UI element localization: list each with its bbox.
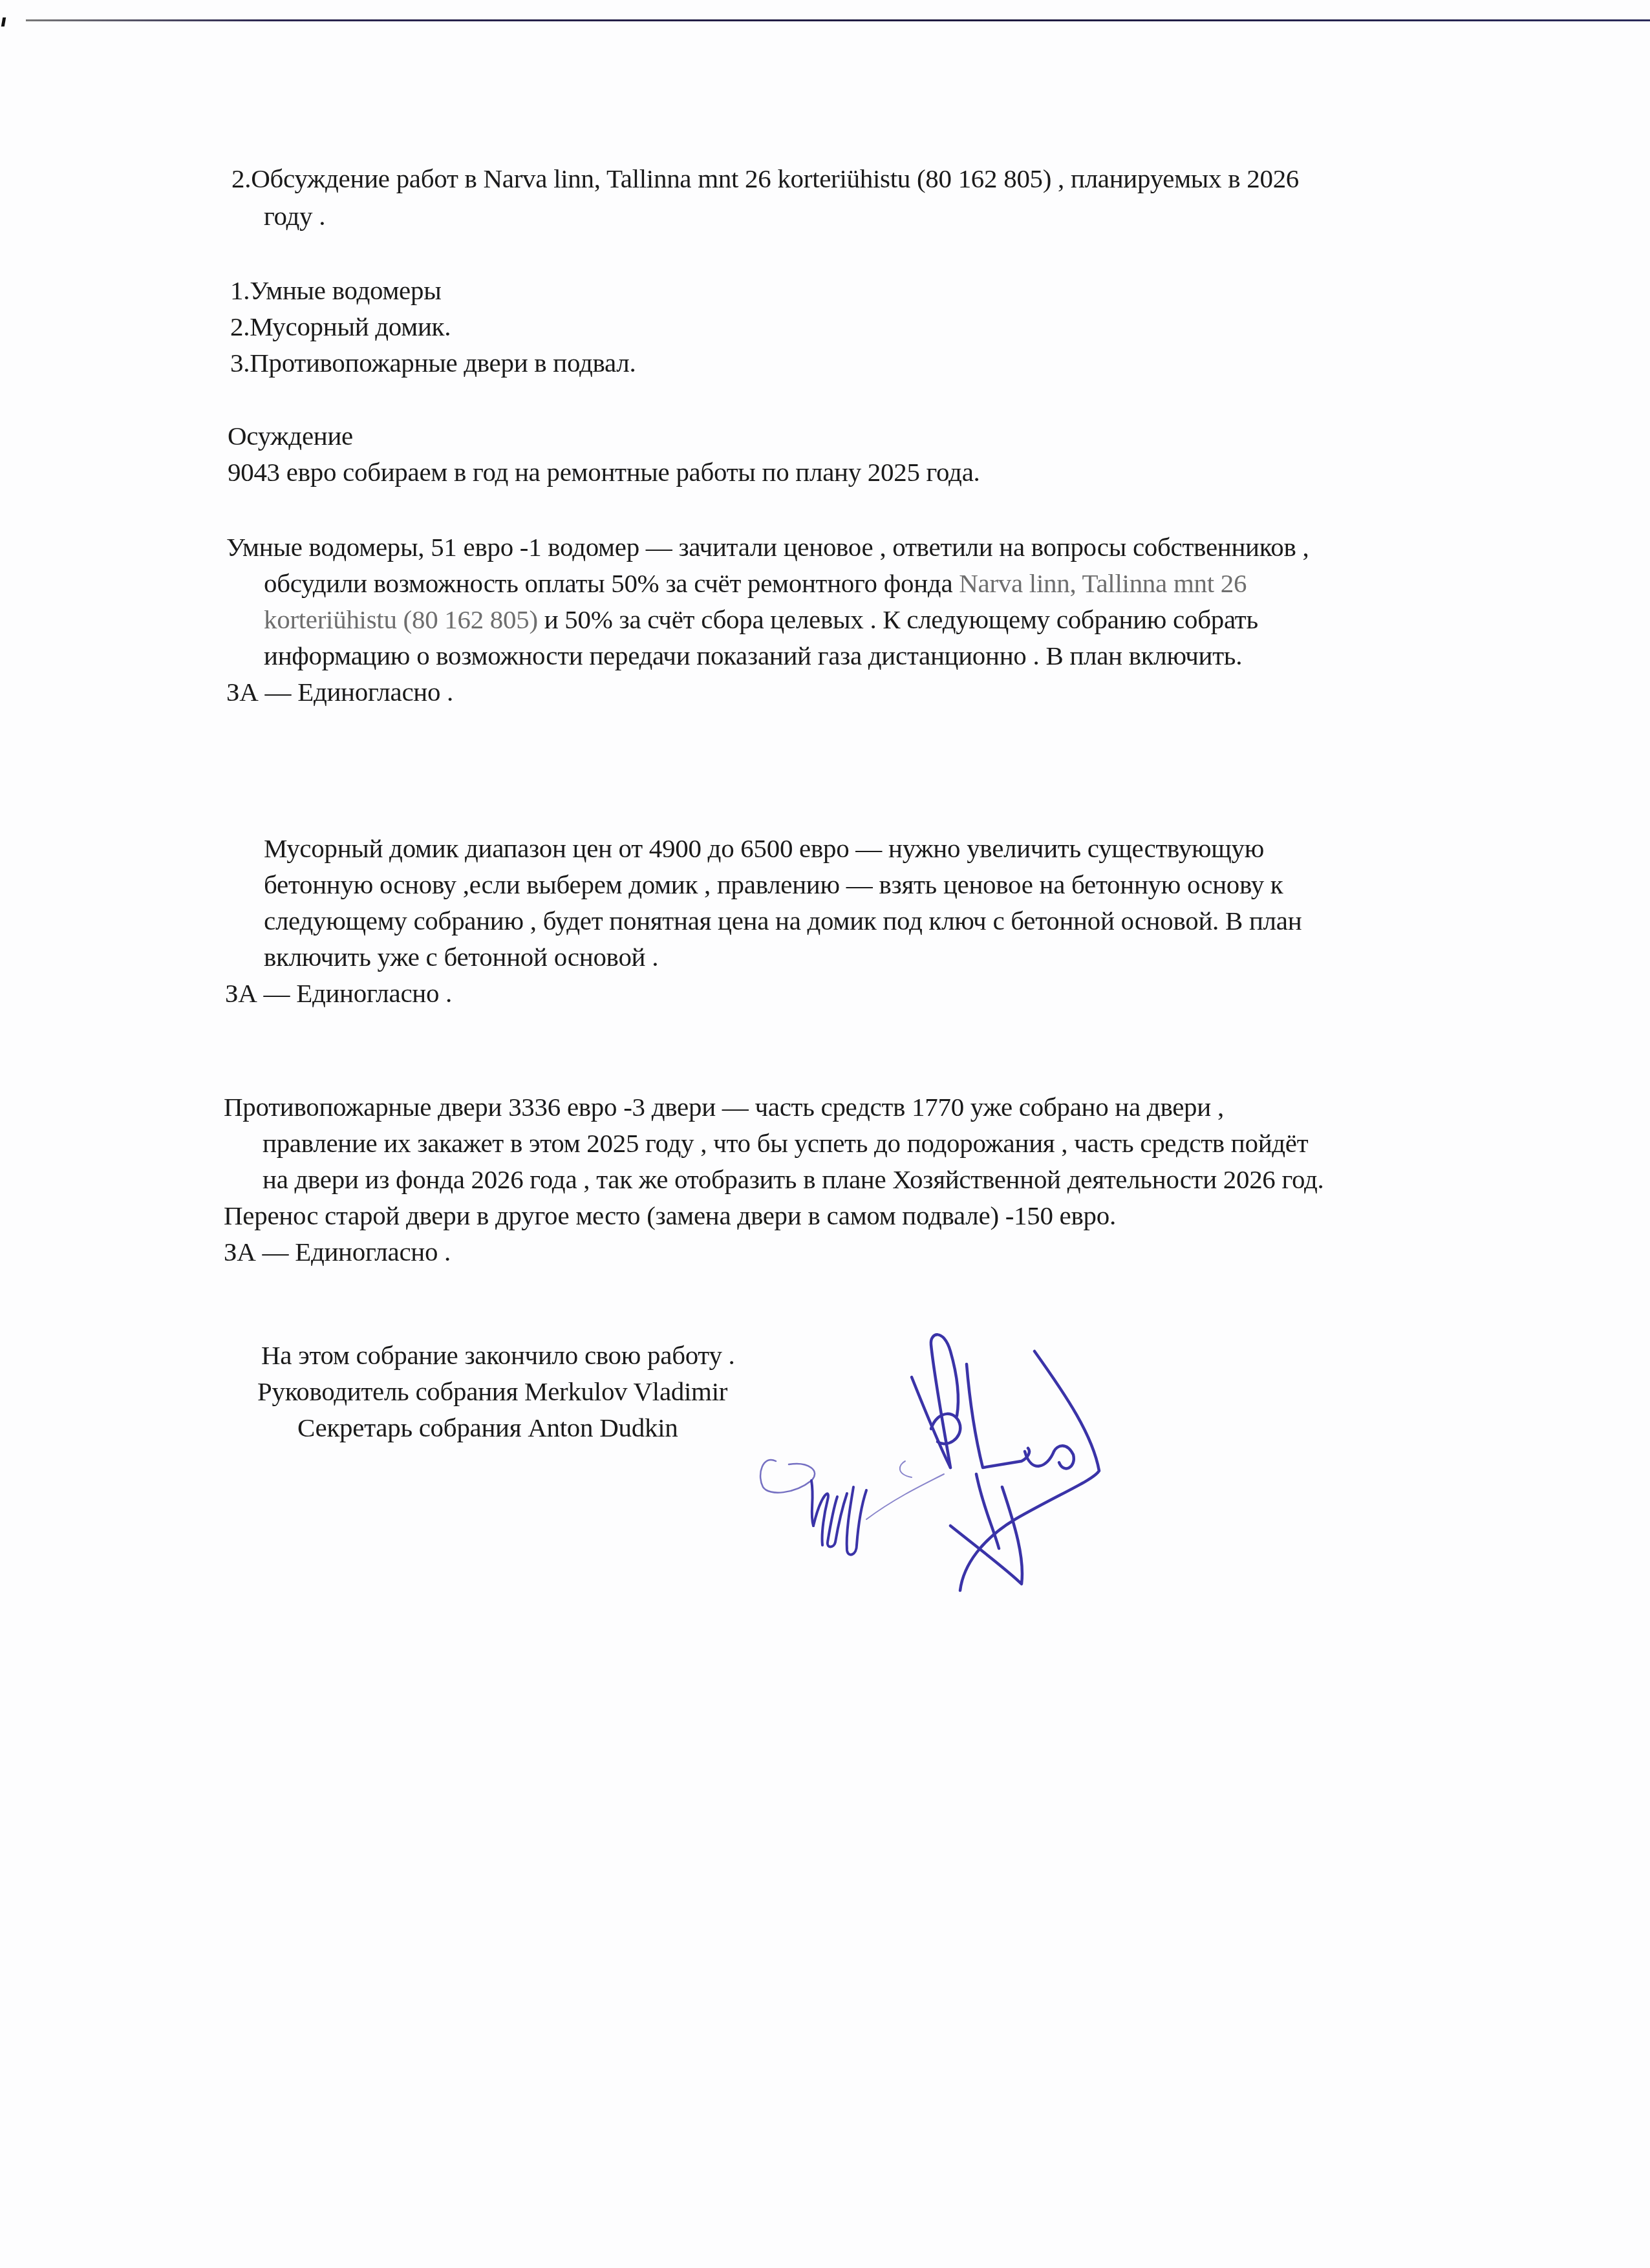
agenda-item-2: 2.Мусорный домик. <box>230 311 451 342</box>
section-heading-line2: году . <box>264 200 325 231</box>
water-meters-line-4: информацию о возможности передачи показа… <box>264 640 1242 671</box>
fire-doors-line-1: Противопожарные двери 3336 евро -3 двери… <box>224 1091 1224 1122</box>
section-heading-line1: 2.Обсуждение работ в Narva linn, Tallinn… <box>231 163 1299 194</box>
garbage-house-line-1: Мусорный домик диапазон цен от 4900 до 6… <box>264 833 1264 864</box>
agenda-item-1: 1.Умные водомеры <box>230 275 441 306</box>
fire-doors-line-2: правление их закажет в этом 2025 году , … <box>262 1128 1308 1159</box>
water-meters-line-2: обсудили возможность оплаты 50% за счёт … <box>264 568 1247 599</box>
agenda-item-3: 3.Противопожарные двери в подвал. <box>230 347 636 378</box>
chair-signature <box>886 1312 1144 1597</box>
fire-doors-vote: ЗА — Единогласно . <box>224 1236 451 1267</box>
meeting-chair: Руководитель собрания Merkulov Vladimir <box>257 1376 727 1407</box>
meeting-secretary: Секретарь собрания Anton Dudkin <box>297 1412 678 1443</box>
garbage-house-line-2: бетонную основу ,если выберем домик , пр… <box>264 869 1283 900</box>
org-code-faded: korteriühistu (80 162 805) <box>264 604 538 634</box>
water-meters-text-2: и 50% за счёт сбора целевых . К следующе… <box>538 604 1258 634</box>
scan-top-edge-line <box>26 19 1650 21</box>
org-name-faded: Narva linn, Tallinna mnt 26 <box>959 568 1247 598</box>
section-heading-suffix: , планируемых в 2026 <box>1051 164 1299 193</box>
garbage-house-line-4: включить уже с бетонной основой . <box>264 941 658 972</box>
water-meters-line-3: korteriühistu (80 162 805) и 50% за счёт… <box>264 604 1258 635</box>
closing-statement: На этом собрание закончило свою работу . <box>261 1340 735 1371</box>
garbage-house-line-3: следующему собранию , будет понятная цен… <box>264 905 1302 936</box>
discussion-heading: Осуждение <box>228 420 353 451</box>
section-heading-prefix: 2.Обсуждение работ в <box>231 164 484 193</box>
water-meters-line-1: Умные водомеры, 51 евро -1 водомер — зач… <box>226 531 1309 562</box>
water-meters-text: обсудили возможность оплаты 50% за счёт … <box>264 568 959 598</box>
fire-doors-line-3: на двери из фонда 2026 года , так же ото… <box>262 1164 1324 1195</box>
budget-line: 9043 евро собираем в год на ремонтные ра… <box>228 456 980 487</box>
fire-doors-line-4: Перенос старой двери в другое место (зам… <box>224 1200 1116 1231</box>
water-meters-vote: ЗА — Единогласно . <box>226 676 453 707</box>
section-heading-org: Narva linn, Tallinna mnt 26 korteriühist… <box>484 164 1052 193</box>
garbage-house-vote: ЗА — Единогласно . <box>225 978 452 1009</box>
scan-corner-mark <box>1 17 6 27</box>
